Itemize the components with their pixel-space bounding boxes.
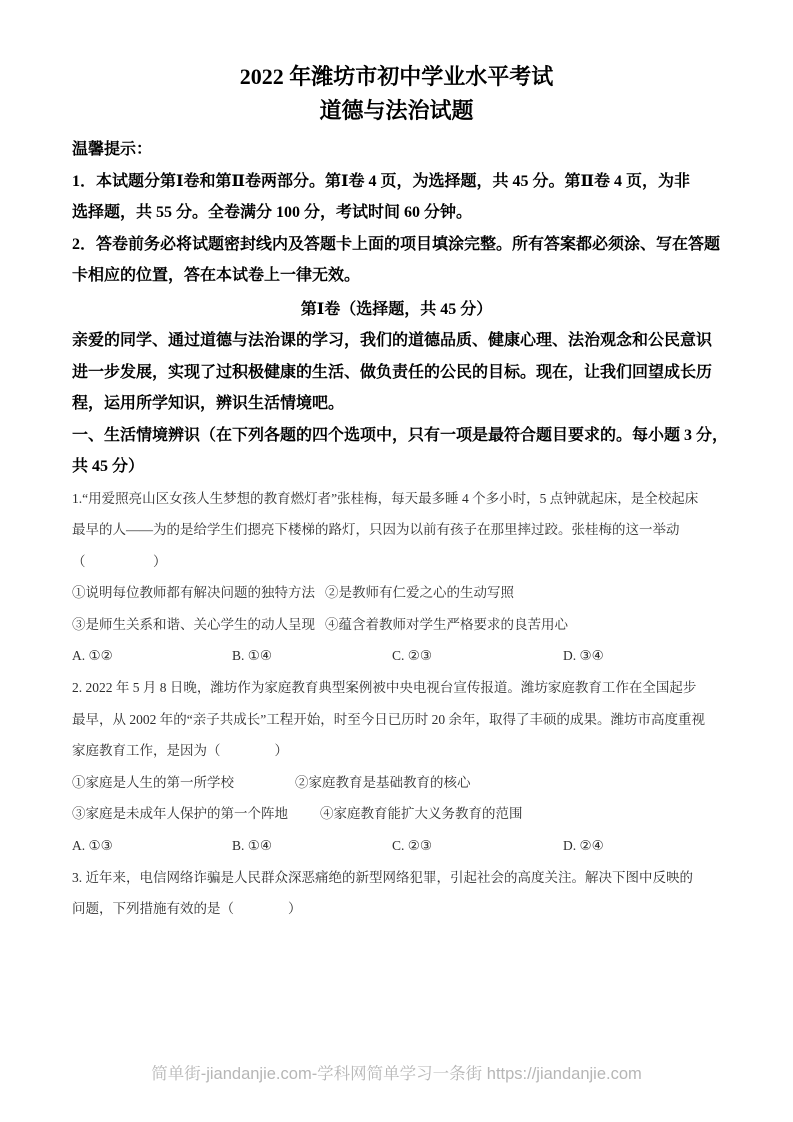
- question-1-stem-line-2: 最早的人——为的是给学生们摁亮下楼梯的路灯，只因为以前有孩子在那里摔过跤。张桂梅…: [72, 514, 721, 546]
- question-2-stem-line-1: 2. 2022 年 5 月 8 日晚，潍坊作为家庭教育典型案例被中央电视台宣传报…: [72, 672, 721, 704]
- notice-item-2-line-1: 2．答卷前务必将试题密封线内及答题卡上面的项目填涂完整。所有答案都必须涂、写在答…: [72, 229, 721, 261]
- notice-section: 温馨提示： 1．本试题分第Ⅰ卷和第Ⅱ卷两部分。第Ⅰ卷 4 页，为选择题，共 45…: [72, 134, 721, 292]
- question-3-stem-line-1: 3. 近年来，电信网络诈骗是人民群众深恶痛绝的新型网络犯罪，引起社会的高度关注。…: [72, 862, 721, 894]
- question-3: 3. 近年来，电信网络诈骗是人民群众深恶痛绝的新型网络犯罪，引起社会的高度关注。…: [72, 862, 721, 925]
- question-2-choice-d: D. ②④: [563, 830, 604, 862]
- intro-line-2: 进一步发展，实现了过积极健康的生活、做负责任的公民的目标。现在，让我们回望成长历: [72, 357, 721, 389]
- footer-watermark-text: 简单街-jiandanjie.com-学科网简单学习一条街 https://ji…: [151, 1065, 642, 1083]
- exam-subtitle: 道德与法治试题: [72, 94, 721, 128]
- question-2-choice-a: A. ①③: [72, 830, 232, 862]
- exam-title: 2022 年潍坊市初中学业水平考试: [72, 60, 721, 94]
- question-1-options-row-2: ③是师生关系和谐、关心学生的动人呈现④蕴含着教师对学生严格要求的良苦用心: [72, 609, 721, 641]
- question-2: 2. 2022 年 5 月 8 日晚，潍坊作为家庭教育典型案例被中央电视台宣传报…: [72, 672, 721, 862]
- intro-line-3: 程，运用所学知识，辨识生活情境吧。: [72, 388, 721, 420]
- question-1-choice-a: A. ①②: [72, 640, 232, 672]
- question-2-options-row-1: ①家庭是人生的第一所学校②家庭教育是基础教育的核心: [72, 767, 721, 799]
- question-2-choice-c: C. ②③: [392, 830, 563, 862]
- question-1-option-1: ①说明每位教师都有解决问题的独特方法: [72, 585, 315, 600]
- intro-line-1: 亲爱的同学、通过道德与法治课的学习，我们的道德品质、健康心理、法治观念和公民意识: [72, 325, 721, 357]
- question-2-option-2: ②家庭教育是基础教育的核心: [295, 775, 471, 790]
- question-1: 1.“用爱照亮山区女孩人生梦想的教育燃灯者”张桂梅，每天最多睡 4 个多小时，5…: [72, 483, 721, 673]
- notice-heading: 温馨提示：: [72, 134, 721, 166]
- section1-heading-line-2: 共 45 分）: [72, 451, 721, 483]
- part1-heading: 第Ⅰ卷（选择题，共 45 分）: [72, 294, 721, 326]
- notice-item-1-line-2: 选择题，共 55 分。全卷满分 100 分，考试时间 60 分钟。: [72, 197, 721, 229]
- section1-heading-line-1: 一、生活情境辨识（在下列各题的四个选项中，只有一项是最符合题目要求的。每小题 3…: [72, 420, 721, 452]
- exam-paper-page: 2022 年潍坊市初中学业水平考试 道德与法治试题 温馨提示： 1．本试题分第Ⅰ…: [0, 0, 793, 1122]
- question-2-option-1: ①家庭是人生的第一所学校: [72, 775, 234, 790]
- question-2-choices-row: A. ①③B. ①④C. ②③D. ②④: [72, 830, 721, 862]
- footer-watermark: 简单街-jiandanjie.com-学科网简单学习一条街 https://ji…: [0, 1062, 793, 1086]
- questions-block: 1.“用爱照亮山区女孩人生梦想的教育燃灯者”张桂梅，每天最多睡 4 个多小时，5…: [72, 483, 721, 925]
- question-2-stem-line-3: 家庭教育工作，是因为（ ）: [72, 735, 721, 767]
- question-2-option-3: ③家庭是未成年人保护的第一个阵地: [72, 806, 288, 821]
- question-2-options-row-2: ③家庭是未成年人保护的第一个阵地④家庭教育能扩大义务教育的范围: [72, 798, 721, 830]
- question-2-stem-line-2: 最早，从 2002 年的“亲子共成长”工程开始，时至今日已历时 20 余年，取得…: [72, 704, 721, 736]
- section1-heading: 一、生活情境辨识（在下列各题的四个选项中，只有一项是最符合题目要求的。每小题 3…: [72, 420, 721, 483]
- question-2-choice-b: B. ①④: [232, 830, 392, 862]
- notice-item-2-line-2: 卡相应的位置，答在本试卷上一律无效。: [72, 260, 721, 292]
- question-1-choice-c: C. ②③: [392, 640, 563, 672]
- question-1-option-2: ②是教师有仁爱之心的生动写照: [325, 585, 514, 600]
- question-1-options-row-1: ①说明每位教师都有解决问题的独特方法②是教师有仁爱之心的生动写照: [72, 577, 721, 609]
- question-3-stem-line-2: 问题，下列措施有效的是（ ）: [72, 893, 721, 925]
- question-1-choice-d: D. ③④: [563, 640, 604, 672]
- question-1-option-4: ④蕴含着教师对学生严格要求的良苦用心: [325, 617, 568, 632]
- question-1-option-3: ③是师生关系和谐、关心学生的动人呈现: [72, 617, 315, 632]
- question-1-choice-b: B. ①④: [232, 640, 392, 672]
- question-1-stem-line-1: 1.“用爱照亮山区女孩人生梦想的教育燃灯者”张桂梅，每天最多睡 4 个多小时，5…: [72, 483, 721, 515]
- question-2-option-4: ④家庭教育能扩大义务教育的范围: [320, 806, 523, 821]
- notice-item-1-line-1: 1．本试题分第Ⅰ卷和第Ⅱ卷两部分。第Ⅰ卷 4 页，为选择题，共 45 分。第Ⅱ卷…: [72, 166, 721, 198]
- question-1-answer-blank: （ ）: [72, 546, 721, 578]
- part1-intro-paragraph: 亲爱的同学、通过道德与法治课的学习，我们的道德品质、健康心理、法治观念和公民意识…: [72, 325, 721, 420]
- question-1-choices-row: A. ①②B. ①④C. ②③D. ③④: [72, 640, 721, 672]
- page-content: 2022 年潍坊市初中学业水平考试 道德与法治试题 温馨提示： 1．本试题分第Ⅰ…: [0, 0, 793, 925]
